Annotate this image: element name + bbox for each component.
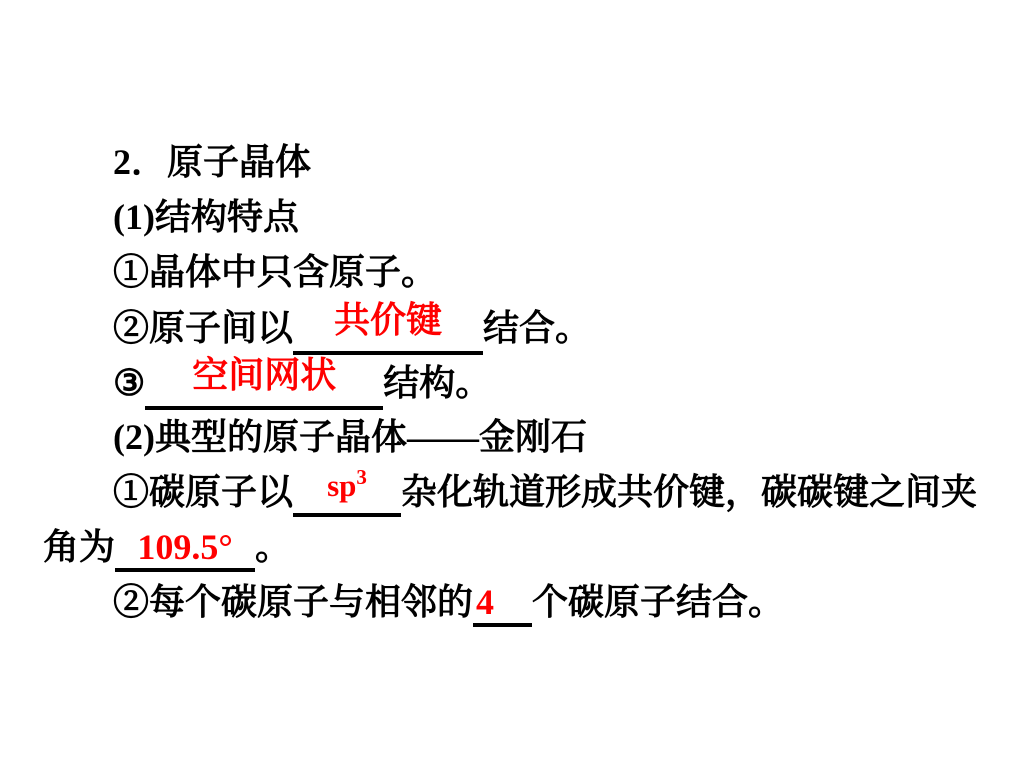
point3-pre: ③: [113, 363, 145, 403]
s2-point1-cont-post: 。: [255, 527, 291, 567]
point2-post: 结合。: [483, 308, 591, 348]
section2-point1: ①碳原子以sp3杂化轨道形成共价键，碳碳键之间夹: [43, 465, 1008, 520]
section1-point1: ①晶体中只含原子。: [43, 245, 1008, 300]
s2-point1-pre: ①碳原子以: [113, 472, 293, 512]
section2-point2: ②每个碳原子与相邻的4个碳原子结合。: [43, 575, 1008, 630]
section1-heading-text: (1)结构特点: [113, 197, 299, 237]
fill-blank-bond-angle: 109.5°: [115, 526, 255, 572]
sp-base-text: sp: [327, 468, 356, 503]
s2-point2-pre: ②每个碳原子与相邻的: [113, 582, 473, 622]
s2-point2-post: 个碳原子结合。: [532, 582, 784, 622]
section1-heading: (1)结构特点: [43, 190, 1008, 245]
slide-content: 2．原子晶体 (1)结构特点 ①晶体中只含原子。 ②原子间以共价键结合。 ③空间…: [43, 135, 1008, 630]
section2-point1-continuation: 角为109.5°。: [43, 520, 1008, 575]
title-text: 2．原子晶体: [113, 142, 311, 182]
fill-blank-network-structure: 空间网状: [145, 355, 383, 410]
section1-point3: ③空间网状结构。: [43, 355, 1008, 410]
fill-blank-hybridization: sp3: [293, 471, 401, 517]
fill-blank-neighbor-count: 4: [473, 581, 532, 627]
point3-post: 结构。: [383, 363, 491, 403]
s2-point1-cont-pre: 角为: [43, 527, 115, 567]
blank-answer-network-structure: 空间网状: [192, 347, 336, 398]
section1-point2: ②原子间以共价键结合。: [43, 300, 1008, 355]
section2-heading-text: (2)典型的原子晶体——金刚石: [113, 417, 587, 457]
blank-answer-hybridization: sp3: [327, 463, 367, 505]
sp-superscript: 3: [356, 465, 367, 489]
slide: 2．原子晶体 (1)结构特点 ①晶体中只含原子。 ②原子间以共价键结合。 ③空间…: [0, 0, 1024, 768]
blank-answer-bond-angle: 109.5°: [137, 527, 232, 567]
point2-pre: ②原子间以: [113, 308, 293, 348]
section2-heading: (2)典型的原子晶体——金刚石: [43, 410, 1008, 465]
slide-title: 2．原子晶体: [43, 135, 1008, 190]
blank-answer-covalent-bond: 共价键: [334, 292, 442, 343]
point1-text: ①晶体中只含原子。: [113, 252, 437, 292]
blank-answer-neighbor-count: 4: [476, 582, 494, 622]
s2-point1-post: 杂化轨道形成共价键，碳碳键之间夹: [401, 472, 977, 512]
